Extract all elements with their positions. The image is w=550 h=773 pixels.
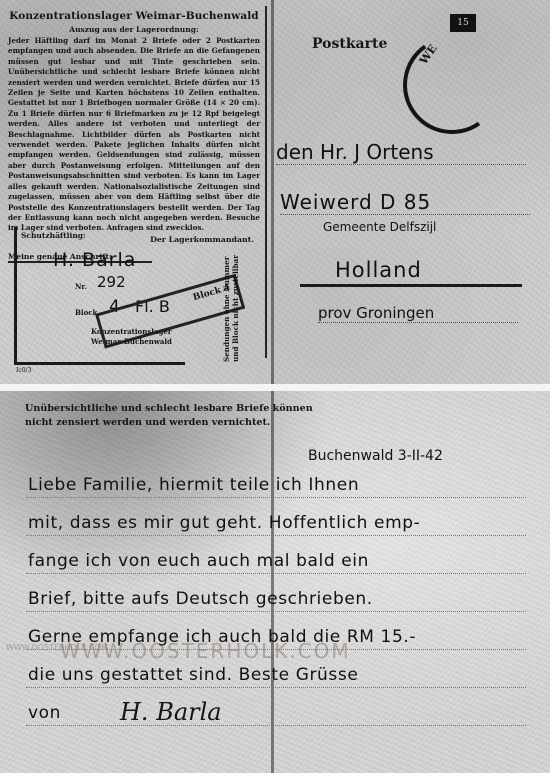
delivery-note-line: und Block nicht zustellbar <box>231 242 240 362</box>
card-separator <box>0 384 550 391</box>
notice-line: Unübersichtliche und schlecht lesbare Br… <box>25 402 313 416</box>
form-code: Ic0/3 <box>16 367 31 374</box>
notice-line: nicht zensiert werden und werden vernich… <box>25 416 313 430</box>
recipient-municipality: Gemeente Delfszijl <box>323 220 436 234</box>
regulations-subtitle: Auszug aus der Lagerordnung: <box>8 25 260 34</box>
sender-name: H. Barla <box>53 249 136 271</box>
regulations-title: Konzentrationslager Weimar-Buchenwald <box>8 10 260 22</box>
censorship-notice: Unübersichtliche und schlecht lesbare Br… <box>25 402 313 430</box>
letter-line: mit, dass es mir gut geht. Hoffentlich e… <box>28 513 420 533</box>
postcard-front: Konzentrationslager Weimar-Buchenwald Au… <box>0 0 550 384</box>
postcard-back: Unübersichtliche und schlecht lesbare Br… <box>0 391 550 773</box>
delivery-note: Sendungen ohne Nummer und Block nicht zu… <box>222 242 240 362</box>
letter-line: die uns gestattet sind. Beste Grüsse <box>28 665 358 685</box>
recipient-province: prov Groningen <box>318 304 518 323</box>
postcard-title: Postkarte <box>312 36 387 52</box>
block-label: Block <box>75 308 97 317</box>
postage-stamp-remnant: 15 <box>450 14 476 32</box>
recipient-country: Holland <box>335 258 422 282</box>
letter-line: von <box>28 703 61 723</box>
letter-line: fange ich von euch auch mal bald ein <box>28 551 369 571</box>
number-label: Nr. <box>75 282 87 291</box>
ruled-line <box>26 691 526 726</box>
regulations-body: Jeder Häftling darf im Monat 2 Briefe od… <box>8 36 260 234</box>
recipient-street: Weiwerd D 85 <box>280 190 530 215</box>
delivery-note-line: Sendungen ohne Nummer <box>222 242 231 362</box>
address-underline <box>300 284 522 287</box>
postmark-icon <box>395 28 509 142</box>
letter-line: Liebe Familie, hiermit teile ich Ihnen <box>28 475 359 495</box>
prisoner-label: Schutzhäftling: <box>21 231 86 240</box>
fold-crease <box>271 0 274 384</box>
recipient-name: den Hr. J Ortens <box>276 140 526 165</box>
letter-date: Buchenwald 3-II-42 <box>308 448 443 464</box>
letter-line: Brief, bitte aufs Deutsch geschrieben. <box>28 589 373 609</box>
letter-line: Gerne empfange ich auch bald die RM 15.- <box>28 627 416 647</box>
prisoner-number: 292 <box>97 273 126 291</box>
